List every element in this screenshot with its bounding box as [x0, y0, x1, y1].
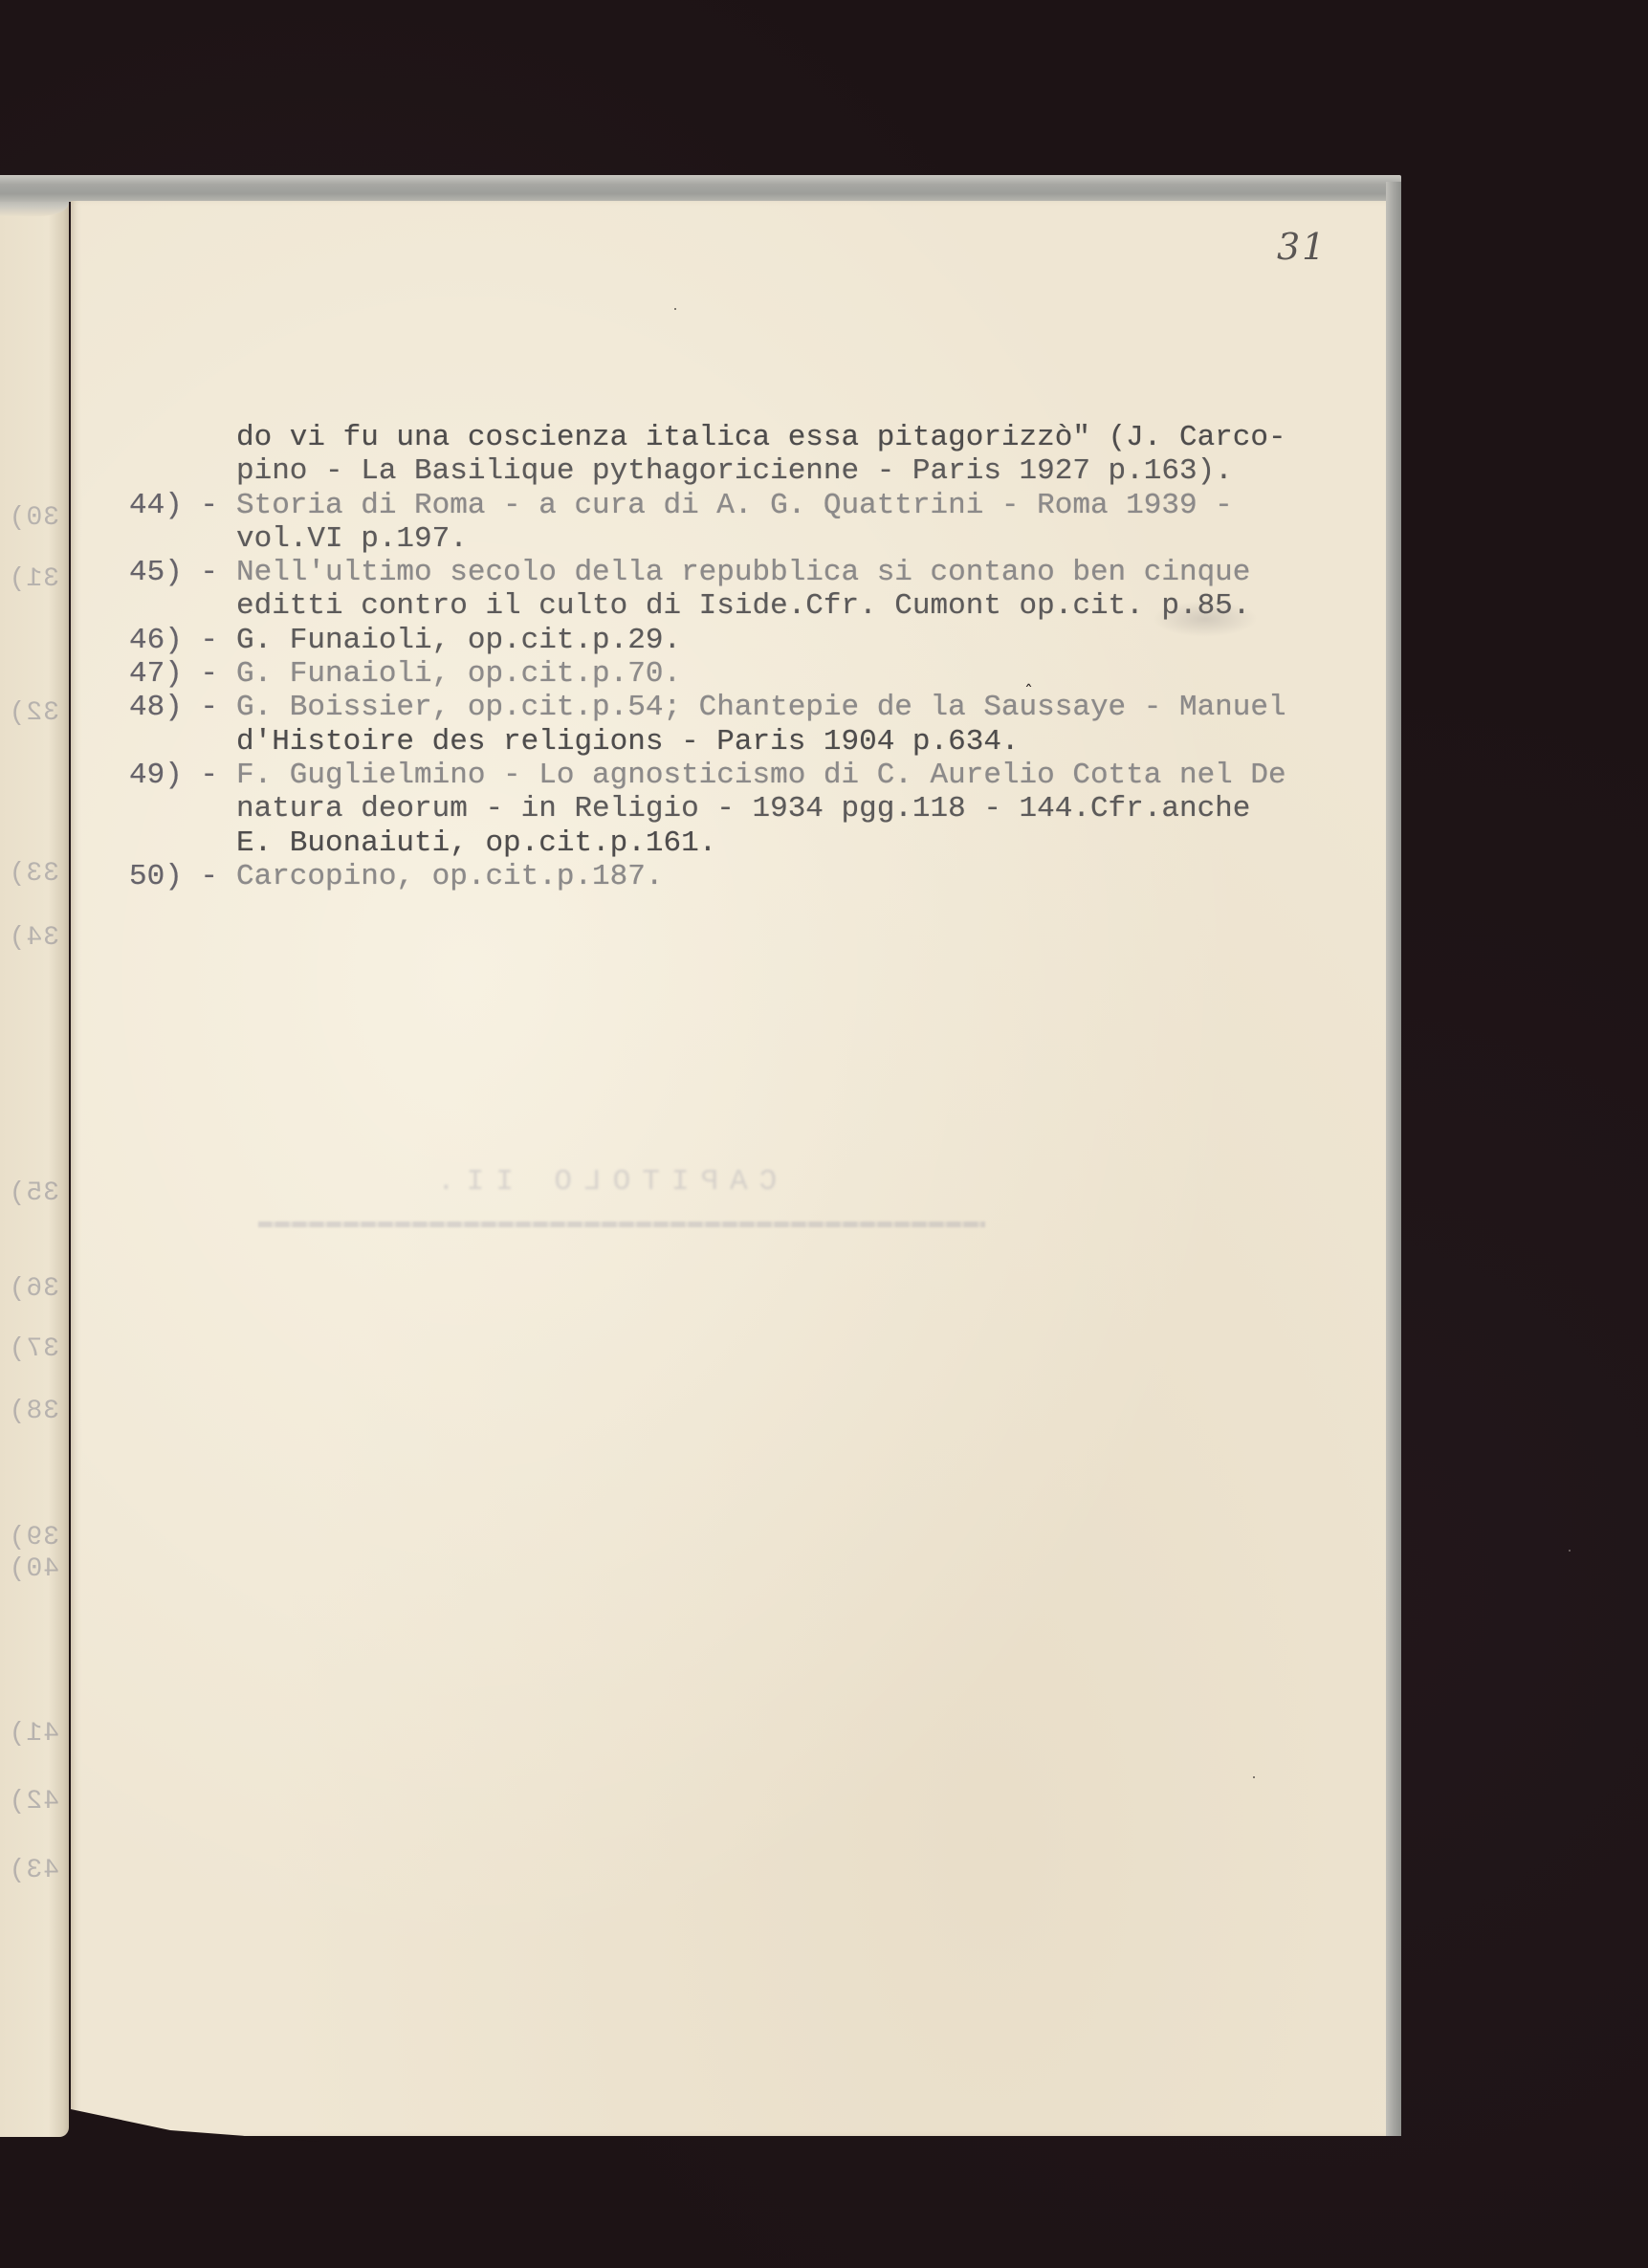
- page-number: 31: [1277, 226, 1327, 268]
- footnote-line: 45) -Nell'ultimo secolo della repubblica…: [129, 556, 1286, 589]
- show-through-footnote-number: 42): [9, 1787, 59, 1817]
- show-through-footnote-number: 35): [9, 1178, 59, 1208]
- show-through-footnote-number: 32): [9, 698, 59, 728]
- show-through-footnote-number: 33): [9, 859, 59, 889]
- footnote-line: vol.VI p.197.: [129, 522, 1286, 556]
- footnote-text: do vi fu una coscienza italica essa pita…: [236, 421, 1286, 454]
- show-through-footnote-number: 37): [9, 1334, 59, 1364]
- footnote-line: 49) -F. Guglielmino - Lo agnosticismo di…: [129, 759, 1286, 792]
- show-through-footnote-number: 31): [9, 564, 59, 594]
- footnote-text: Carcopino, op.cit.p.187.: [236, 860, 663, 893]
- footnote-line: editti contro il culto di Iside.Cfr. Cum…: [129, 589, 1286, 623]
- show-through-footnote-number: 34): [9, 923, 59, 953]
- previous-page-edge: 30) 31) 32) 33) 34) 35) 36) 37) 38) 39) …: [0, 191, 69, 2137]
- binding-right-edge: [1386, 182, 1401, 2136]
- footnote-line: d'Histoire des religions - Paris 1904 p.…: [129, 725, 1286, 759]
- footnote-text: natura deorum - in Religio - 1934 pgg.11…: [236, 792, 1250, 826]
- show-through-footnote-number: 36): [9, 1274, 59, 1304]
- show-through-footnote-number: 40): [9, 1554, 59, 1584]
- footnote-text: vol.VI p.197.: [236, 522, 468, 556]
- footnote-line: 50) -Carcopino, op.cit.p.187.: [129, 860, 1286, 893]
- show-through-footnote-number: 39): [9, 1523, 59, 1552]
- footnote-line: pino - La Basilique pythagoricienne - Pa…: [129, 454, 1286, 488]
- footnote-number: 47) -: [129, 657, 236, 691]
- footnote-line: 47) -G. Funaioli, op.cit.p.70.: [129, 657, 1286, 691]
- footnote-text: F. Guglielmino - Lo agnosticismo di C. A…: [236, 759, 1286, 792]
- dust-speck: [1569, 1550, 1571, 1552]
- footnote-line: E. Buonaiuti, op.cit.p.161.: [129, 826, 1286, 860]
- binding-top-edge: [0, 175, 1401, 202]
- show-through-footnote-number: 43): [9, 1856, 59, 1885]
- show-through-footnote-number: 30): [9, 503, 59, 533]
- footnote-number: 44) -: [129, 489, 236, 522]
- footnote-number: 50) -: [129, 860, 236, 893]
- footnote-text: pino - La Basilique pythagoricienne - Pa…: [236, 454, 1233, 488]
- show-through-underline: [258, 1222, 985, 1227]
- footnote-text: d'Histoire des religions - Paris 1904 p.…: [236, 725, 1020, 759]
- footnote-line: 48) -G. Boissier, op.cit.p.54; Chantepie…: [129, 691, 1286, 724]
- footnote-line: natura deorum - in Religio - 1934 pgg.11…: [129, 792, 1286, 826]
- footnote-text: Nell'ultimo secolo della repubblica si c…: [236, 556, 1250, 589]
- footnotes-list: do vi fu una coscienza italica essa pita…: [129, 421, 1286, 893]
- footnote-number: 48) -: [129, 691, 236, 724]
- footnote-number: 45) -: [129, 556, 236, 589]
- footnote-text: G. Funaioli, op.cit.p.70.: [236, 657, 681, 691]
- footnote-line: 44) -Storia di Roma - a cura di A. G. Qu…: [129, 489, 1286, 522]
- paper-speck: [1253, 1776, 1255, 1778]
- footnote-line: 46) -G. Funaioli, op.cit.p.29.: [129, 624, 1286, 657]
- footnote-number: 49) -: [129, 759, 236, 792]
- footnote-text: G. Boissier, op.cit.p.54; Chantepie de l…: [236, 691, 1286, 724]
- footnote-line: do vi fu una coscienza italica essa pita…: [129, 421, 1286, 454]
- footnote-text: G. Funaioli, op.cit.p.29.: [236, 624, 681, 657]
- footnote-text: E. Buonaiuti, op.cit.p.161.: [236, 826, 716, 860]
- handwritten-accent-mark: ˆ: [1024, 682, 1033, 702]
- footnote-text: editti contro il culto di Iside.Cfr. Cum…: [236, 589, 1250, 623]
- show-through-footnote-number: 41): [9, 1719, 59, 1749]
- footnote-text: Storia di Roma - a cura di A. G. Quattri…: [236, 489, 1233, 522]
- show-through-chapter-heading: CAPITOLO II.: [426, 1165, 777, 1199]
- footnote-number: 46) -: [129, 624, 236, 657]
- paper-speck: [674, 308, 676, 310]
- show-through-footnote-number: 38): [9, 1397, 59, 1426]
